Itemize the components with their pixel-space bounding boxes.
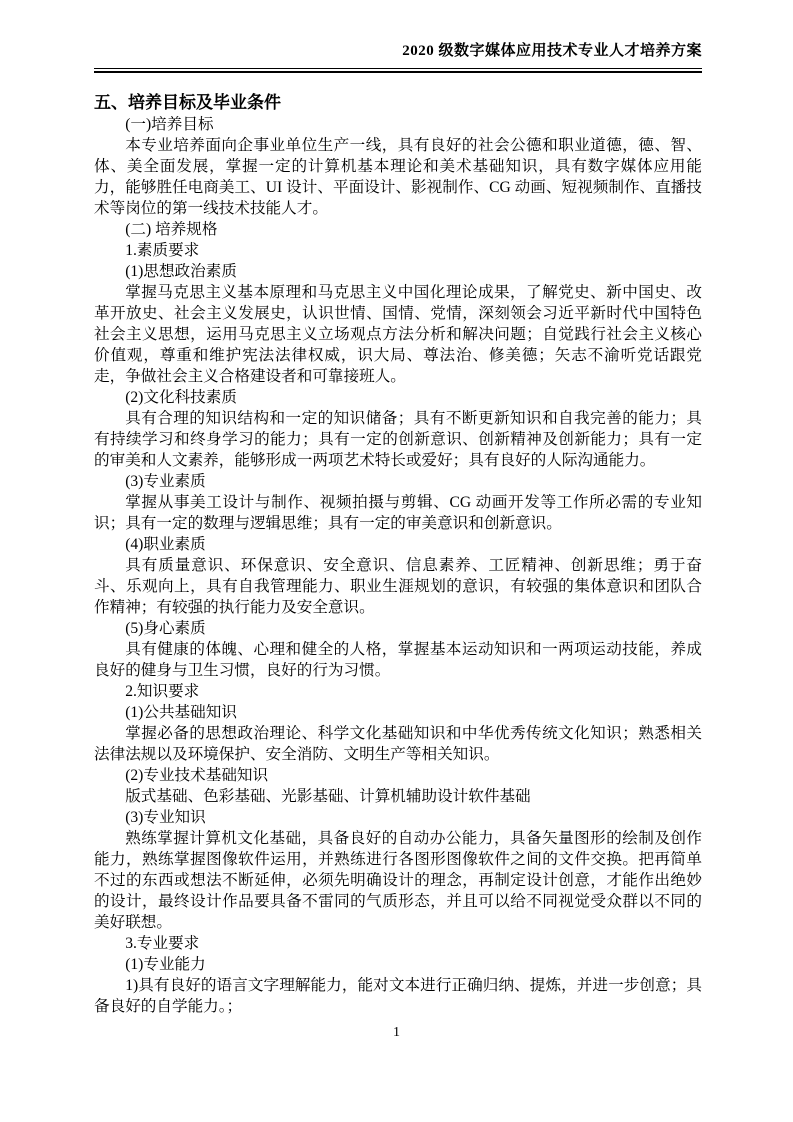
header-rule-thick-line bbox=[94, 71, 702, 73]
subheading-cultural-technological-quality: (2)文化科技素质 bbox=[94, 387, 702, 408]
document-page: 2020 级数字媒体应用技术专业人才培养方案 五、培养目标及毕业条件 (一)培养… bbox=[0, 0, 793, 1122]
subheading-professional-quality: (3)专业素质 bbox=[94, 471, 702, 492]
page-number: 1 bbox=[393, 1025, 400, 1040]
subheading-training-objective: (一)培养目标 bbox=[94, 114, 702, 135]
subheading-professional-ability: (1)专业能力 bbox=[94, 954, 702, 975]
header-rule bbox=[94, 68, 702, 73]
paragraph-cultural-technological-quality: 具有合理的知识结构和一定的知识储备；具有不断更新知识和自我完善的能力；具有持续学… bbox=[94, 408, 702, 471]
subheading-training-specification: (二) 培养规格 bbox=[94, 219, 702, 240]
header-rule-thin-line bbox=[94, 68, 702, 69]
paragraph-professional-knowledge: 熟练掌握计算机文化基础，具备良好的自动办公能力，具备矢量图形的绘制及创作能力，熟… bbox=[94, 828, 702, 933]
subheading-vocational-quality: (4)职业素质 bbox=[94, 534, 702, 555]
paragraph-public-basic-knowledge: 掌握必备的思想政治理论、科学文化基础知识和中华优秀传统文化知识；熟悉相关法律法规… bbox=[94, 723, 702, 765]
subheading-ideological-political-quality: (1)思想政治素质 bbox=[94, 261, 702, 282]
paragraph-professional-technical-basic-knowledge: 版式基础、色彩基础、光影基础、计算机辅助设计软件基础 bbox=[94, 786, 702, 807]
header-title: 2020 级数字媒体应用技术专业人才培养方案 bbox=[94, 0, 702, 61]
subheading-physical-mental-quality: (5)身心素质 bbox=[94, 618, 702, 639]
paragraph-physical-mental-quality: 具有健康的体魄、心理和健全的人格，掌握基本运动知识和一两项运动技能，养成良好的健… bbox=[94, 639, 702, 681]
paragraph-professional-ability: 1)具有良好的语言文字理解能力，能对文本进行正确归纳、提炼，并进一步创意；具备良… bbox=[94, 975, 702, 1017]
subheading-knowledge-requirements: 2.知识要求 bbox=[94, 681, 702, 702]
subheading-quality-requirements: 1.素质要求 bbox=[94, 240, 702, 261]
paragraph-vocational-quality: 具有质量意识、环保意识、安全意识、信息素养、工匠精神、创新思维；勇于奋斗、乐观向… bbox=[94, 555, 702, 618]
subheading-professional-knowledge: (3)专业知识 bbox=[94, 807, 702, 828]
document-body: 五、培养目标及毕业条件 (一)培养目标 本专业培养面向企事业单位生产一线，具有良… bbox=[94, 92, 702, 1017]
paragraph-professional-quality: 掌握从事美工设计与制作、视频拍摄与剪辑、CG 动画开发等工作所必需的专业知识；具… bbox=[94, 492, 702, 534]
subheading-public-basic-knowledge: (1)公共基础知识 bbox=[94, 702, 702, 723]
page-footer: 1 bbox=[0, 1024, 793, 1042]
paragraph-ideological-political-quality: 掌握马克思主义基本原理和马克思主义中国化理论成果，了解党史、新中国史、改革开放史… bbox=[94, 282, 702, 387]
paragraph-training-objective: 本专业培养面向企事业单位生产一线，具有良好的社会公德和职业道德，德、智、体、美全… bbox=[94, 135, 702, 219]
section-title: 五、培养目标及毕业条件 bbox=[94, 92, 702, 114]
subheading-professional-requirements: 3.专业要求 bbox=[94, 933, 702, 954]
subheading-professional-technical-basic-knowledge: (2)专业技术基础知识 bbox=[94, 765, 702, 786]
page-header: 2020 级数字媒体应用技术专业人才培养方案 bbox=[94, 0, 702, 73]
